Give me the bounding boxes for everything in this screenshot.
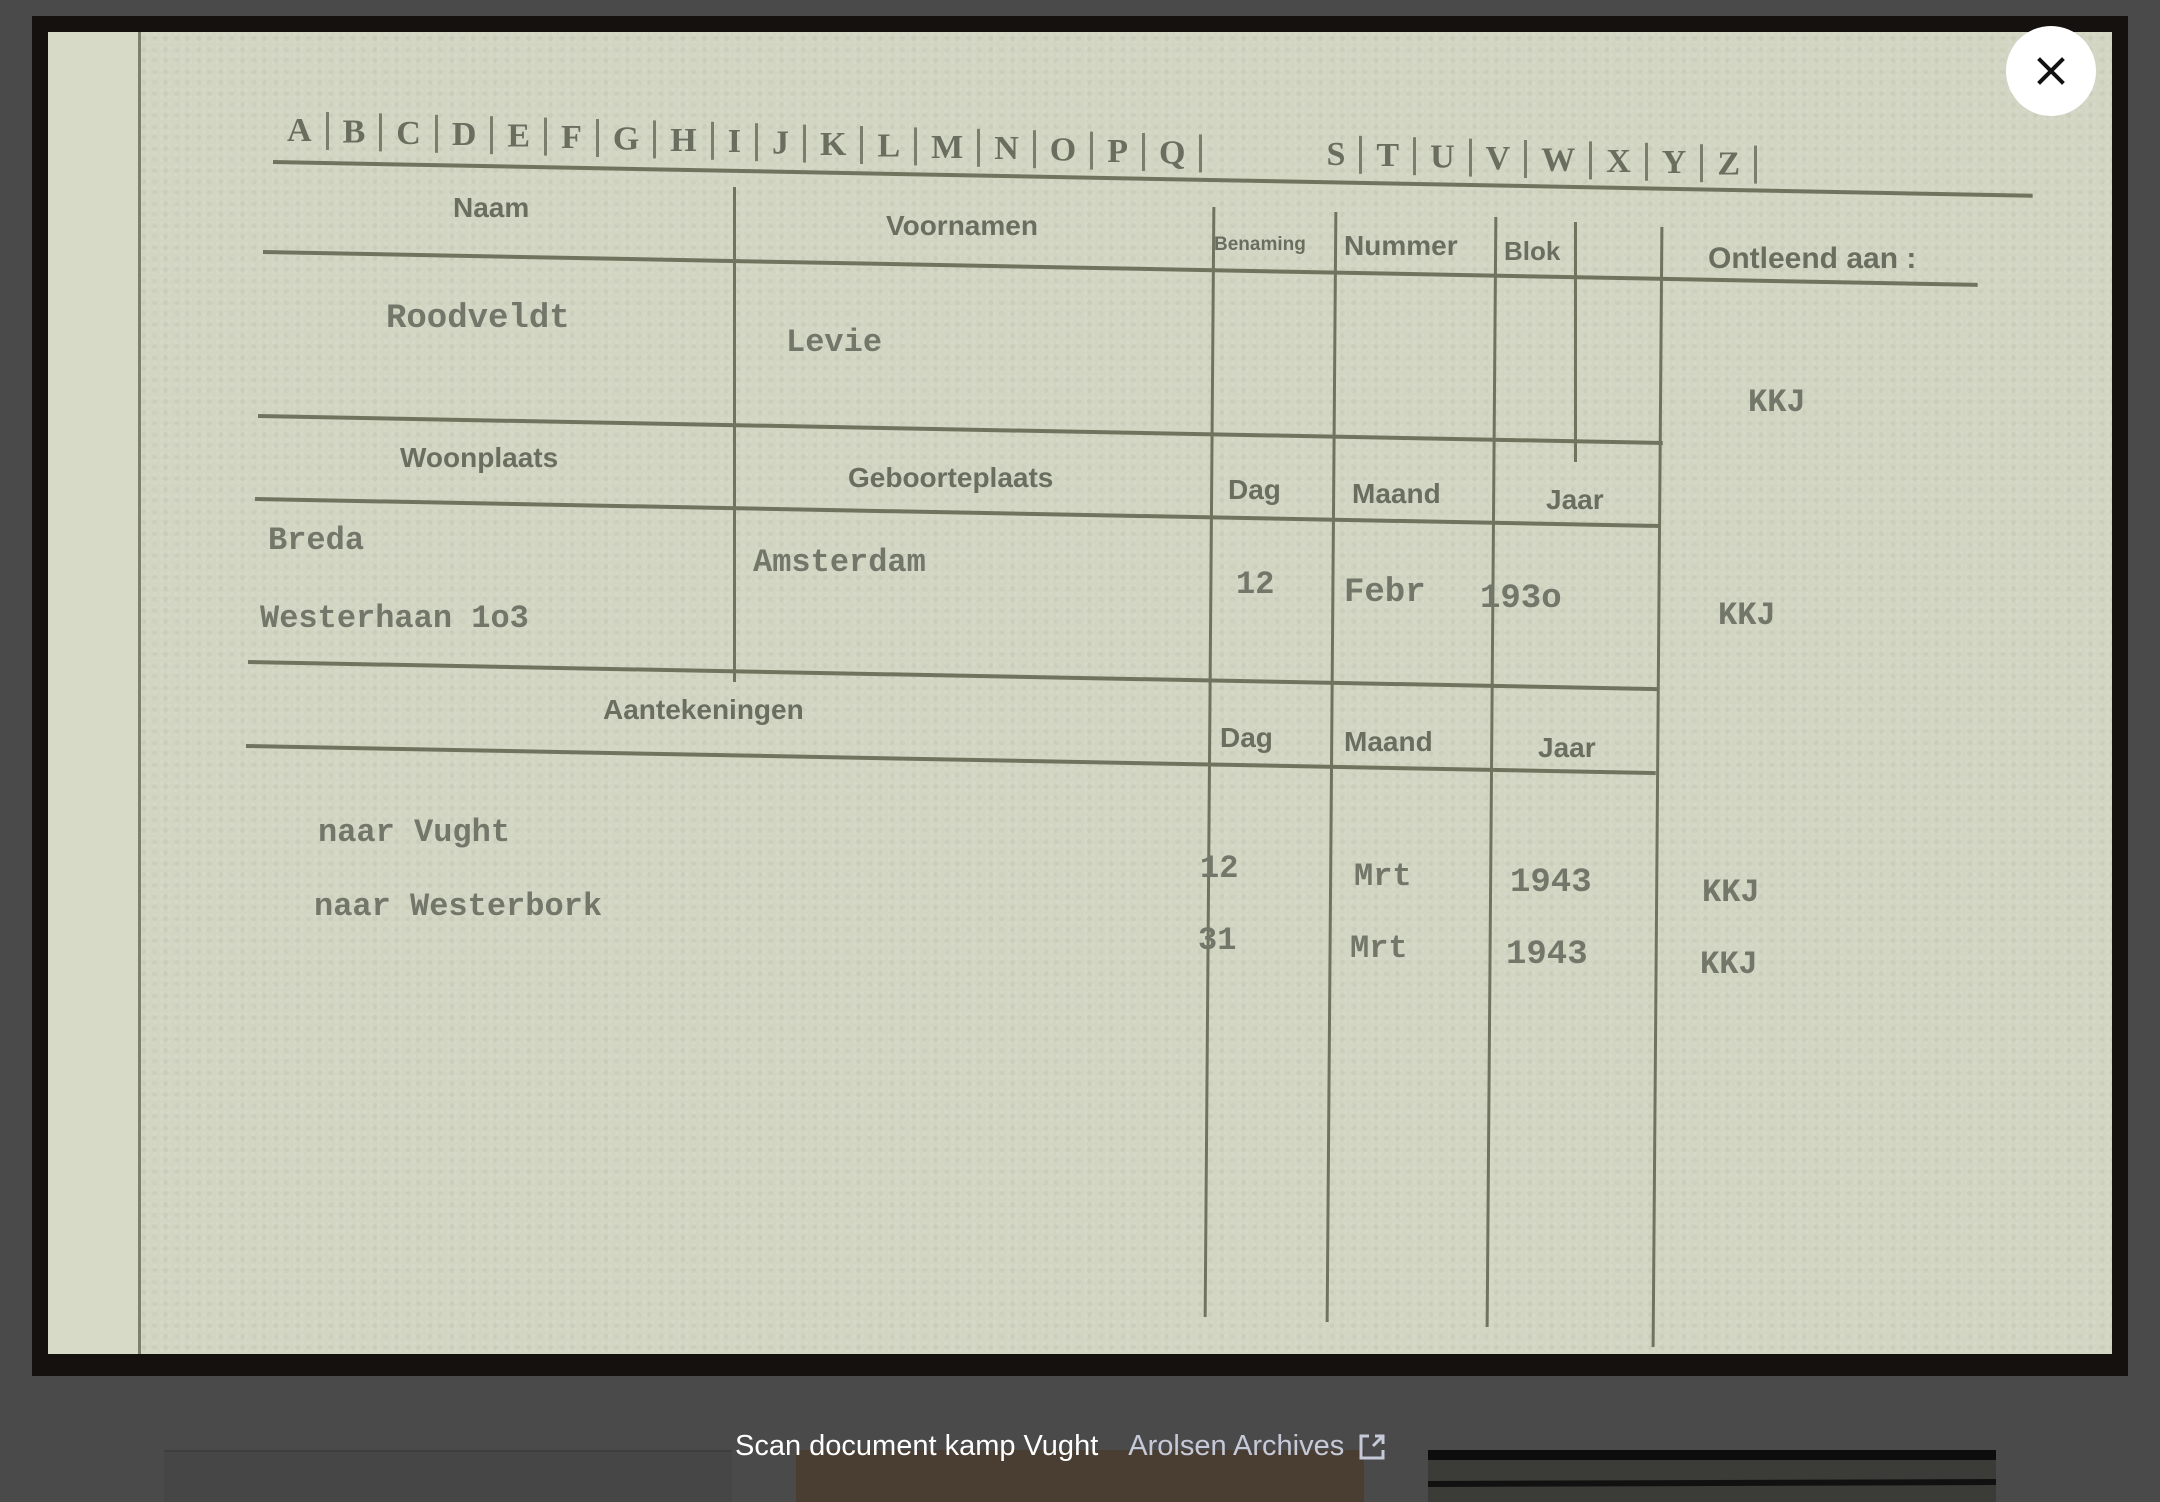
header-dag-2: Dag [1220, 722, 1273, 754]
alphabet-tab: G [599, 120, 656, 158]
header-aantekeningen: Aantekeningen [603, 694, 804, 726]
value-woonplaats-line2: Westerhaan 1o3 [260, 600, 529, 637]
divider [248, 660, 1658, 691]
divider [1574, 222, 1577, 462]
header-dag: Dag [1228, 474, 1281, 506]
alphabet-tab: N [980, 130, 1036, 168]
aantekening-ontleend: KKJ [1700, 946, 1758, 983]
alphabet-tab: F [547, 119, 599, 157]
close-button[interactable] [2006, 26, 2096, 116]
lightbox-image-frame: ABCDEFGHIJKLMNOPQSTUVWXYZ Naam Voornamen… [32, 16, 2128, 1376]
header-benaming: Benaming [1214, 234, 1306, 256]
alphabet-tab: Y [1648, 144, 1704, 182]
aantekening-jaar: 1943 [1506, 936, 1588, 974]
header-voornamen: Voornamen [886, 210, 1038, 242]
alphabet-tab: V [1472, 140, 1528, 178]
alphabet-tab: Z [1703, 146, 1757, 184]
alphabet-tab: B [329, 113, 383, 151]
aantekening-maand: Mrt [1354, 858, 1412, 895]
external-link-icon [1358, 1433, 1386, 1461]
alphabet-tab: E [493, 118, 547, 156]
alphabet-tab: P [1093, 133, 1145, 171]
alphabet-tab: K [806, 126, 863, 164]
value-ontleend-2: KKJ [1718, 597, 1776, 634]
alphabet-tab: Q [1145, 134, 1202, 172]
alphabet-tab: H [656, 122, 713, 160]
header-geboorteplaats: Geboorteplaats [848, 462, 1053, 494]
divider [255, 497, 1660, 528]
header-maand: Maand [1352, 478, 1441, 510]
scanned-registration-card: ABCDEFGHIJKLMNOPQSTUVWXYZ Naam Voornamen… [48, 32, 2112, 1354]
source-link[interactable]: Arolsen Archives [1128, 1430, 1386, 1463]
alphabet-tab: D [438, 116, 494, 154]
alphabet-tab: U [1416, 139, 1472, 177]
alphabet-tab: I [714, 123, 758, 161]
close-icon [2036, 56, 2066, 86]
aantekening-dag: 12 [1200, 850, 1238, 887]
card-stub [48, 32, 141, 1354]
header-nummer: Nummer [1344, 230, 1458, 262]
header-ontleend-aan: Ontleend aan : [1708, 242, 1916, 276]
value-ontleend-1: KKJ [1748, 384, 1806, 421]
aantekening-text: naar Vught [318, 814, 510, 851]
alphabet-tab: T [1362, 137, 1416, 175]
aantekening-dag: 31 [1198, 922, 1236, 959]
caption-title: Scan document kamp Vught [735, 1430, 1098, 1463]
value-geboorteplaats: Amsterdam [753, 544, 926, 581]
value-woonplaats-line1: Breda [268, 522, 364, 559]
alphabet-tab: C [382, 115, 438, 153]
header-jaar: Jaar [1546, 484, 1604, 516]
divider [258, 414, 1663, 445]
alphabet-tab: L [863, 127, 917, 165]
header-jaar-2: Jaar [1538, 732, 1596, 764]
image-caption: Scan document kamp Vught Arolsen Archive… [735, 1430, 1386, 1463]
alphabet-tab: W [1527, 141, 1592, 179]
value-geboorte-dag: 12 [1236, 566, 1274, 603]
header-blok: Blok [1504, 236, 1560, 267]
source-link-label: Arolsen Archives [1128, 1430, 1344, 1463]
thumbnail-3[interactable] [1428, 1450, 1996, 1502]
alphabet-tab: S [1312, 136, 1362, 174]
alphabet-tab: J [758, 125, 806, 163]
value-geboorte-maand: Febr [1344, 574, 1426, 612]
alphabet-index: ABCDEFGHIJKLMNOPQSTUVWXYZ [273, 112, 1757, 150]
divider [733, 187, 736, 682]
divider [1652, 227, 1664, 1347]
thumbnail-1[interactable] [164, 1450, 732, 1502]
aantekening-text: naar Westerbork [314, 888, 602, 925]
aantekening-jaar: 1943 [1510, 864, 1592, 902]
value-geboorte-jaar: 193o [1480, 580, 1562, 618]
alphabet-tab: X [1592, 143, 1648, 181]
divider [246, 744, 1656, 775]
header-maand-2: Maand [1344, 726, 1433, 758]
aantekening-maand: Mrt [1350, 930, 1408, 967]
header-woonplaats: Woonplaats [400, 442, 558, 474]
header-naam: Naam [453, 192, 529, 224]
alphabet-tab: O [1036, 132, 1093, 170]
value-naam: Roodveldt [386, 300, 570, 338]
alphabet-tab: A [273, 112, 329, 150]
value-voornamen: Levie [786, 324, 882, 361]
alphabet-tab: M [917, 129, 980, 167]
aantekening-ontleend: KKJ [1702, 874, 1760, 911]
